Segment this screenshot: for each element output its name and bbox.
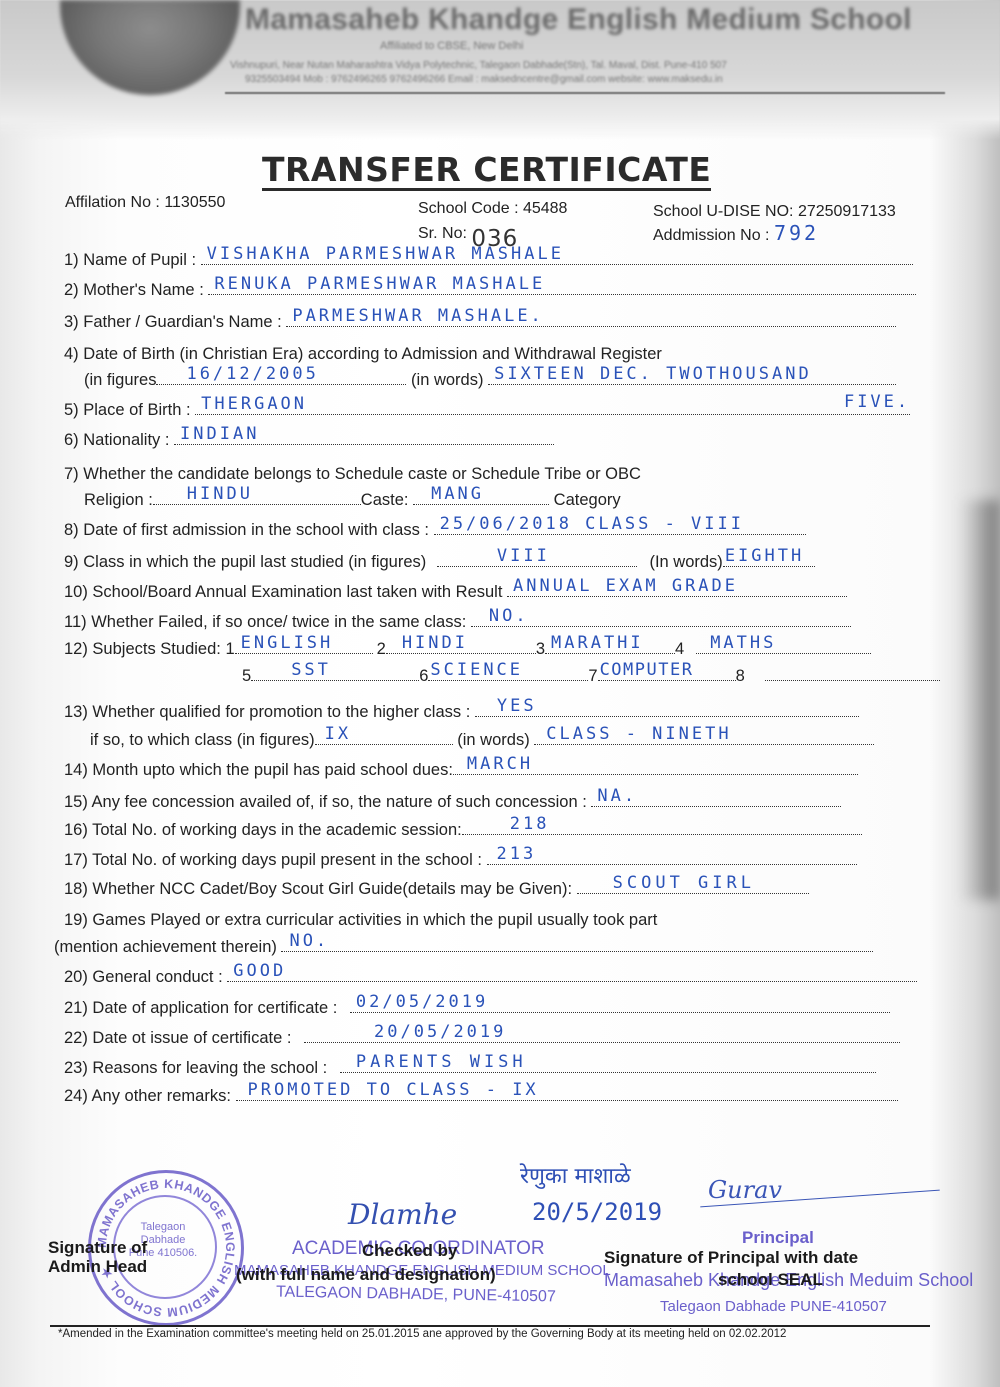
field-label: 8) Date of first admission in the school…: [64, 521, 434, 539]
field-value: INDIAN: [180, 424, 259, 444]
field-subjects-row1: 12) Subjects Studied: 1ENGLISH2HINDI3MAR…: [64, 637, 871, 659]
religion-label: Religion :: [84, 491, 153, 509]
field-value: 25/06/2018 CLASS - VIII: [440, 514, 744, 534]
promotion-class-label: if so, to which class (in figures): [90, 731, 315, 749]
field-dues-paid: 14) Month upto which the pupil has paid …: [64, 758, 858, 780]
admin-head-text: Signature of Admin Head: [48, 1238, 147, 1276]
field-value: SCOUT GIRL: [613, 873, 755, 893]
field-label: 24) Any other remarks:: [64, 1087, 236, 1105]
school-code-value: 45488: [523, 200, 568, 217]
field-label: 23) Reasons for leaving the school :: [64, 1059, 332, 1077]
parent-signature-name: रेणुका माशाळे: [520, 1160, 631, 1190]
dob-figures-value: 16/12/2005: [186, 364, 318, 384]
checked-by-designation-label: (with full name and designation): [236, 1265, 496, 1284]
header-divider: [225, 92, 945, 94]
field-value: VISHAKHA PARMESHWAR MASHALE: [207, 244, 564, 264]
sr-no: Sr. No: 036: [418, 218, 518, 244]
field-value: 213: [497, 844, 537, 864]
affiliation-value: 1130550: [164, 194, 225, 211]
field-dob: (in figures16/12/2005 (in words) SIXTEEN…: [84, 368, 896, 390]
admission-value: 792: [774, 221, 819, 245]
field-exam-result: 10) School/Board Annual Examination last…: [64, 580, 847, 602]
field-application-date: 21) Date of application for certificate …: [64, 996, 890, 1018]
footnote: *Amended in the Examination committee's …: [58, 1328, 786, 1340]
affiliation-label: Affilation No :: [65, 194, 164, 211]
subject-name: SST: [291, 660, 331, 680]
field-general-conduct: 20) General conduct : GOOD: [64, 965, 917, 987]
school-name: Mamasaheb Khandge English Medium School: [245, 3, 912, 37]
field-leaving-reason: 23) Reasons for leaving the school : PAR…: [64, 1056, 876, 1078]
subject-name: MATHS: [710, 633, 776, 653]
address-line-2: 9325503494 Mob : 9762496265 9762496266 E…: [245, 74, 723, 85]
field-label: 4) Date of Birth (in Christian Era) acco…: [64, 345, 662, 363]
principal-signature: Gurav: [708, 1176, 782, 1204]
field-days-present: 17) Total No. of working days pupil pres…: [64, 848, 857, 870]
subject-num: 8: [736, 667, 745, 685]
field-issue-date: 22) Date ot issue of certificate : 20/05…: [64, 1026, 900, 1048]
udise-value: 27250917133: [798, 203, 896, 220]
category-label: Category: [554, 491, 621, 509]
admission-no: Addmission No : 792: [653, 221, 819, 245]
field-caste-heading: 7) Whether the candidate belongs to Sche…: [64, 464, 641, 484]
field-promotion-class: if so, to which class (in figures)IX (in…: [90, 728, 874, 750]
subject-num: 4: [675, 640, 684, 658]
subject-num: 2: [377, 640, 386, 658]
field-religion-caste: Religion :HINDUCaste: MANG Category: [84, 488, 621, 510]
field-fee-concession: 15) Any fee concession availed of, if so…: [64, 790, 841, 812]
address-line-1: Vishnupuri, Near Nutan Maharashtra Vidya…: [230, 60, 727, 71]
parent-signature-date: 20/5/2019: [532, 1198, 662, 1226]
field-father-guardian-name: 3) Father / Guardian's Name : PARMESHWAR…: [64, 310, 896, 332]
dob-words-continued: FIVE.: [844, 392, 910, 412]
promotion-class-words: CLASS - NINETH: [546, 724, 731, 744]
field-value: PROMOTED TO CLASS - IX: [248, 1080, 539, 1100]
field-last-class: 9) Class in which the pupil last studied…: [64, 550, 815, 572]
field-label: 12) Subjects Studied:: [64, 640, 225, 658]
coordinator-stamp-line3: TALEGAON DABHADE, PUNE-410507: [276, 1284, 556, 1307]
field-place-of-birth: 5) Place of Birth : THERGAONFIVE.: [64, 398, 910, 420]
field-whether-failed: 11) Whether Failed, if so once/ twice in…: [64, 610, 851, 632]
field-value: NO.: [289, 931, 329, 951]
affiliation-no: Affilation No : 1130550: [65, 194, 225, 212]
field-working-days: 16) Total No. of working days in the aca…: [64, 818, 862, 840]
field-value: NO.: [489, 606, 529, 626]
field-value: YES: [497, 696, 537, 716]
school-code-label: School Code :: [418, 200, 523, 217]
field-games: (mention achievement therein) NO.: [54, 935, 873, 957]
field-label: 16) Total No. of working days in the aca…: [64, 821, 462, 839]
sr-no-label: Sr. No:: [418, 225, 471, 242]
field-value: GOOD: [233, 961, 286, 981]
field-label: 6) Nationality :: [64, 431, 174, 449]
field-label: 19) Games Played or extra curricular act…: [64, 911, 657, 929]
school-code: School Code : 45488: [418, 200, 567, 218]
field-value: RENUKA PARMESHWAR MASHALE: [214, 274, 545, 294]
field-dob-heading: 4) Date of Birth (in Christian Era) acco…: [64, 344, 662, 364]
field-ncc-scout: 18) Whether NCC Cadet/Boy Scout Girl Gui…: [64, 877, 809, 899]
udise-no: School U-DISE NO: 27250917133: [653, 203, 896, 221]
subject-name: ENGLISH: [241, 633, 334, 653]
checked-by-label: Checked by: [362, 1241, 457, 1260]
field-first-admission: 8) Date of first admission in the school…: [64, 518, 806, 540]
field-value: 20/05/2019: [374, 1022, 506, 1042]
field-value: ANNUAL EXAM GRADE: [513, 576, 738, 596]
field-value: MARCH: [467, 754, 533, 774]
dob-words-label: (in words): [411, 371, 483, 389]
field-label: 9) Class in which the pupil last studied…: [64, 553, 426, 571]
religion-value: HINDU: [187, 484, 253, 504]
field-label: 7) Whether the candidate belongs to Sche…: [64, 465, 641, 483]
subject-num: 5: [242, 667, 251, 685]
field-promotion: 13) Whether qualified for promotion to t…: [64, 700, 859, 722]
field-label: 10) School/Board Annual Examination last…: [64, 583, 507, 601]
admission-label: Addmission No :: [653, 227, 774, 244]
field-value: NA.: [597, 786, 637, 806]
promotion-class-figures: IX: [325, 724, 351, 744]
field-value: 02/05/2019: [356, 992, 488, 1012]
document-title: TRANSFER CERTIFICATE: [262, 152, 711, 191]
field-label: 13) Whether qualified for promotion to t…: [64, 703, 475, 721]
subject-name: COMPUTER: [600, 660, 694, 680]
subject-num: 3: [536, 640, 545, 658]
udise-label: School U-DISE NO:: [653, 203, 798, 220]
school-seal-label: school SEAL: [718, 1270, 823, 1289]
subject-num: 1: [225, 640, 234, 658]
promotion-words-label: (in words): [457, 731, 529, 749]
subject-num: 7: [588, 667, 597, 685]
field-name-of-pupil: 1) Name of Pupil : VISHAKHA PARMESHWAR M…: [64, 248, 913, 270]
subject-name: SCIENCE: [430, 660, 523, 680]
affiliation-line: Affiliated to CBSE, New Delhi: [380, 40, 523, 52]
dob-words-value: SIXTEEN DEC. TWOTHOUSAND: [494, 364, 812, 384]
field-label: 22) Date ot issue of certificate :: [64, 1029, 296, 1047]
field-subjects-row2: 5SST6SCIENCE7COMPUTER8: [242, 664, 940, 686]
caste-label: Caste:: [361, 491, 409, 509]
field-value: PARMESHWAR MASHALE.: [292, 306, 543, 326]
principal-stamp-title: Principal: [742, 1228, 814, 1248]
field-value: 218: [510, 814, 550, 834]
field-label: 3) Father / Guardian's Name :: [64, 313, 286, 331]
coordinator-signature: Dlamhe: [348, 1198, 457, 1231]
subject-name: MARATHI: [551, 633, 644, 653]
field-value: THERGAON: [201, 394, 307, 414]
field-value: PARENTS WISH: [356, 1052, 527, 1072]
field-games-heading: 19) Games Played or extra curricular act…: [64, 910, 657, 930]
field-label: 11) Whether Failed, if so once/ twice in…: [64, 613, 471, 631]
footer-divider: [50, 1325, 930, 1327]
subject-num: 6: [419, 667, 428, 685]
last-class-figures: VIII: [497, 546, 550, 566]
field-nationality: 6) Nationality : INDIAN: [64, 428, 554, 450]
principal-stamp-address: Talegaon Dabhade PUNE-410507: [660, 1298, 887, 1315]
admin-head-signature-label: Signature of Admin Head: [48, 1238, 147, 1276]
field-label: 5) Place of Birth :: [64, 401, 195, 419]
field-label: 18) Whether NCC Cadet/Boy Scout Girl Gui…: [64, 880, 577, 898]
dob-figures-label: (in figures: [84, 371, 156, 389]
principal-signature-label: Signature of Principal with date: [604, 1248, 858, 1267]
field-label: 17) Total No. of working days pupil pres…: [64, 851, 487, 869]
scan-edge-shadow: [960, 500, 1000, 900]
field-label: 2) Mother's Name :: [64, 281, 208, 299]
field-label: 21) Date of application for certificate …: [64, 999, 342, 1017]
last-class-words-label: (In words): [649, 553, 722, 571]
games-sub-label: (mention achievement therein): [54, 938, 281, 956]
field-label: 1) Name of Pupil :: [64, 251, 201, 269]
field-mothers-name: 2) Mother's Name : RENUKA PARMESHWAR MAS…: [64, 278, 916, 300]
caste-value: MANG: [431, 484, 484, 504]
subject-name: HINDI: [402, 633, 468, 653]
field-label: 15) Any fee concession availed of, if so…: [64, 793, 591, 811]
field-label: 14) Month upto which the pupil has paid …: [64, 761, 453, 779]
last-class-words: EIGHTH: [725, 546, 804, 566]
seal-line: Talegaon: [113, 1221, 213, 1234]
field-label: 20) General conduct :: [64, 968, 227, 986]
field-other-remarks: 24) Any other remarks: PROMOTED TO CLASS…: [64, 1084, 898, 1106]
